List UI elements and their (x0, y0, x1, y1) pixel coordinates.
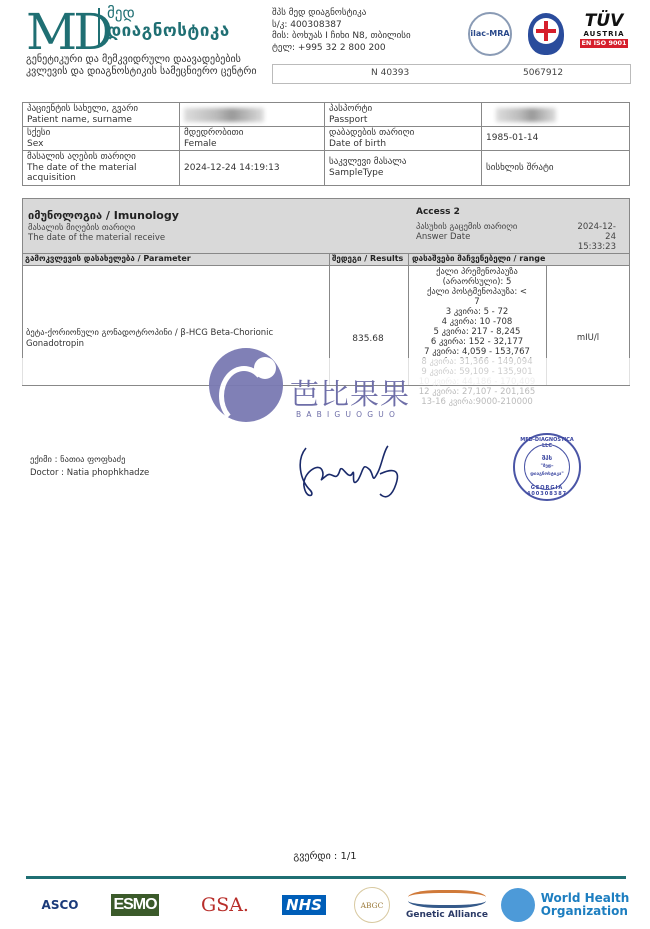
answer-time: 15:33:23 (576, 242, 616, 252)
sex-label-en: Sex (27, 139, 175, 150)
footer-divider (26, 876, 626, 879)
range-line: 12 კვირა: 27,107 - 201,165 (410, 387, 544, 397)
genetic-alliance-logo: Genetic Alliance (404, 886, 490, 924)
patient-name-label-en: Patient name, surname (27, 115, 175, 126)
contact-info: შპს მედ დიაგნოსტიკა ს/კ: 400308387 მის: … (272, 8, 411, 54)
answer-date-value: 2024-12-24 15:33:23 (576, 222, 616, 252)
company-name: შპს მედ დიაგნოსტიკა (272, 8, 411, 20)
asco-logo: ASCO (30, 886, 90, 924)
stamp-center-2: "მედ-დიაგნოსტიკა" (525, 463, 569, 479)
who-line2: Organization (541, 905, 630, 918)
receive-label-ka: მასალის მიღების თარიღი (28, 223, 165, 233)
document-number: N 40393 (371, 68, 409, 78)
answer-label-en: Answer Date (416, 232, 517, 242)
range-line: 5 კვირა: 217 - 8,245 (410, 327, 544, 337)
who-emblem-icon (501, 888, 535, 922)
answer-date-label: პასუხის გაცემის თარიღი Answer Date (416, 222, 517, 242)
acq-value: 2024-12-24 14:19:13 (180, 151, 325, 186)
receive-label-en: The date of the material receive (28, 233, 165, 243)
range-line: (არაორსული): 5 (410, 277, 544, 287)
reference-range: ქალი პრემენოპაუზა(არაორსული): 5ქალი პოსტ… (410, 267, 544, 407)
range-line: ქალი პოსტმენოპაუზა: < (410, 287, 544, 297)
doctor-label-ka: ექიმი : ნათია ფოფხაძე (30, 454, 149, 467)
id-code: ს/კ: 400308387 (272, 20, 411, 32)
range-line: 4 კვირა: 10 -708 (410, 317, 544, 327)
tuv-austria-logo: TÜV AUSTRIA EN ISO 9001 (580, 13, 628, 48)
stamp-center-1: შპს (525, 455, 569, 463)
dna-icon (408, 890, 486, 908)
accreditation-badge-icon (528, 13, 564, 55)
nhs-logo: NHS (278, 886, 330, 924)
range-line: 13-16 კვირა:9000-210000 (410, 397, 544, 407)
sex-label-ka: სქესი (27, 128, 175, 139)
company-stamp: MED-DIAGNOSTICA LLC შპს"მედ-დიაგნოსტიკა"… (513, 433, 581, 501)
gsa-logo: GSA. (190, 886, 260, 924)
patient-name-label-ka: პაციენტის სახელი, გვარი (27, 104, 175, 115)
logo-divider (98, 8, 100, 46)
passport-label-en: Passport (329, 115, 477, 126)
sex-value-ka: მდედრობითი (184, 128, 320, 139)
esmo-logo: ESMO (100, 886, 170, 924)
tuv-country: AUSTRIA (580, 30, 628, 39)
col-range: დასაშვები მაჩვენებელი / range (412, 253, 562, 264)
doctor-label-en: Doctor : Natia phophkhadze (30, 467, 149, 480)
dob-label-ka: დაბადების თარიღი (329, 128, 477, 139)
genetic-alliance-text: Genetic Alliance (406, 910, 488, 920)
answer-label-ka: პასუხის გაცემის თარიღი (416, 222, 517, 232)
tuv-name: TÜV (580, 13, 628, 30)
ilac-mra-logo: ilac-MRA (468, 12, 512, 56)
nhs-text: NHS (282, 895, 326, 915)
logo-text-line1: მედ (107, 5, 135, 21)
who-logo: World HealthOrganization (500, 886, 630, 924)
barcode-number: 5067912 (523, 68, 563, 78)
watermark-subtext: BABIGUOGUO (296, 410, 400, 419)
tuv-standard: EN ISO 9001 (580, 39, 628, 48)
result-unit: mIU/l (548, 333, 628, 343)
range-line: 7 კვირა: 4,059 - 153,767 (410, 347, 544, 357)
address: მის: ბოხუას I ჩიხი N8, თბილისი (272, 31, 411, 43)
patient-info-table: პაციენტის სახელი, გვარიPatient name, sur… (22, 102, 630, 186)
doctor-info: ექიმი : ნათია ფოფხაძე Doctor : Natia pho… (30, 454, 149, 480)
acq-label-ka: მასალის აღების თარიღი (27, 152, 175, 163)
document-ids: N 40393 5067912 (272, 64, 631, 84)
md-logo: MD (26, 4, 109, 60)
sample-label-en: SampleType (329, 168, 477, 179)
result-value: 835.68 (330, 328, 406, 350)
esmo-text: ESMO (111, 894, 158, 916)
watermark-logo-icon (209, 348, 283, 422)
org-description: გენეტიკური და მემკვიდრული დაავადებების კ… (26, 54, 276, 78)
passport-redacted (496, 108, 556, 122)
receive-date-label: მასალის მიღების თარიღი The date of the m… (28, 223, 165, 243)
abgc-text: ABGC (354, 887, 390, 923)
analyzer-name: Access 2 (416, 207, 460, 217)
signature-icon (292, 440, 412, 502)
ilac-label: ilac-MRA (470, 29, 509, 38)
acq-label-en: The date of the material acquisition (27, 163, 175, 184)
range-line: 6 კვირა: 152 - 32,177 (410, 337, 544, 347)
passport-label-ka: პასპორტი (329, 104, 477, 115)
sex-value-en: Female (184, 139, 320, 150)
sample-label-ka: საკვლევი მასალა (329, 157, 477, 168)
page-number: გვერდი : 1/1 (0, 851, 650, 862)
dob-value: 1985-01-14 (482, 127, 630, 151)
phone: ტელ: +995 32 2 800 200 (272, 43, 411, 55)
dob-label-en: Date of birth (329, 139, 477, 150)
col-results: შედეგი / Results (332, 253, 410, 264)
range-line: ქალი პრემენოპაუზა (410, 267, 544, 277)
patient-name-redacted (184, 108, 264, 122)
parameter-name: ბეტა-ქორიონული გონადოტროპინი / β-HCG Bet… (26, 328, 326, 350)
sample-value: სისხლის შრატი (482, 151, 630, 186)
section-title: იმუნოლოგია / Imunology (28, 209, 179, 222)
stamp-ring-bottom: GEORGIA 400308387 (515, 485, 579, 497)
watermark-text: 芭比果果 (290, 378, 410, 410)
logo-text-line2: დიაგნოსტიკა (107, 21, 230, 41)
range-line: 3 კვირა: 5 - 72 (410, 307, 544, 317)
range-line: 7 (410, 297, 544, 307)
col-parameter: გამოკვლევის დასახელება / Parameter (25, 253, 325, 264)
answer-date: 2024-12-24 (576, 222, 616, 242)
abgc-logo: ABGC (352, 886, 392, 924)
